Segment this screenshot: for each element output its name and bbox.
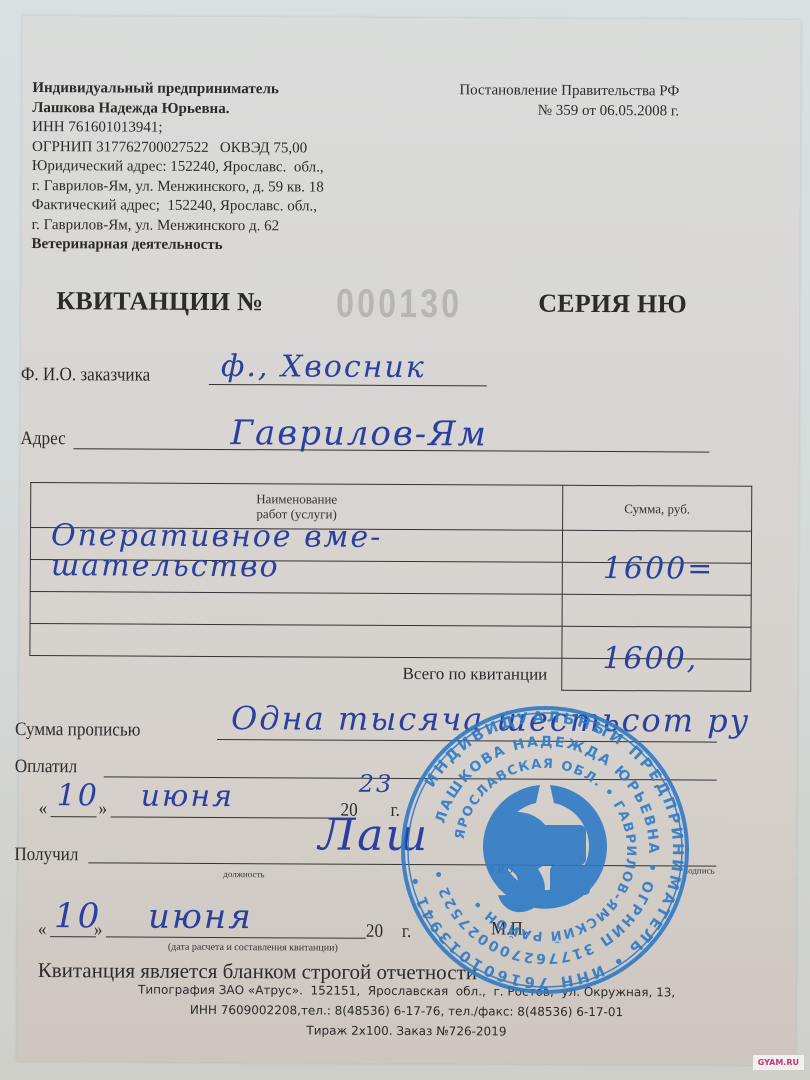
issuer-name: Лашкова Надежда Юрьевна. — [32, 99, 324, 120]
issue-date-caption: (дата расчета и составления квитанции) — [168, 942, 338, 954]
customer-address-label: Адрес — [20, 428, 65, 450]
sum-cell[interactable]: 1600= — [562, 562, 751, 595]
printer-line-2: ИНН 7609002208,тел.: 8(48536) 6-17-76, т… — [18, 1002, 796, 1020]
service-cell[interactable] — [30, 624, 562, 659]
total-cell[interactable]: 1600, — [562, 658, 751, 691]
issue-month[interactable]: июня — [148, 897, 253, 938]
customer-name-value[interactable]: ф., Хвосник — [221, 349, 426, 385]
receipt-series: СЕРИЯ НЮ — [538, 289, 687, 320]
issuer-actual-address-2: г. Гаврилов-Ям, ул. Менжинского д. 62 — [32, 216, 324, 237]
service-text: шательство — [51, 548, 280, 584]
printer-line-3: Тираж 2х100. Заказ №726-2019 — [17, 1022, 795, 1040]
issuer-legal-address-2: г. Гаврилов-Ям, ул. Менжинского, д. 59 к… — [32, 177, 324, 198]
issuer-block: Индивидуальный предприниматель Лашкова Н… — [31, 79, 324, 256]
paid-date-close-quote: » — [99, 798, 108, 820]
service-cell[interactable] — [30, 592, 562, 627]
received-label: Получил — [14, 844, 78, 866]
table-total-row: Всего по квитанции 1600, — [30, 656, 751, 692]
regulation-line-1: Постановление Правительства РФ — [459, 81, 679, 102]
issuer-ogrnip: ОГРНИП 317762700027522 ОКВЭД 75,00 — [32, 138, 324, 159]
amount-words-label: Сумма прописью — [15, 719, 141, 742]
paid-date-open-quote: « — [39, 798, 48, 820]
issuer-type: Индивидуальный предприниматель — [32, 79, 324, 100]
issuer-inn: ИНН 761601013941; — [32, 118, 324, 139]
total-value: 1600, — [602, 641, 698, 677]
paid-label: Оплатил — [15, 756, 77, 778]
customer-address-value[interactable]: Гаврилов-Ям — [230, 413, 487, 454]
total-label: Всего по квитанции — [30, 656, 562, 691]
customer-name-label: Ф. И.О. заказчика — [21, 364, 150, 387]
table-row: шательство 1600= — [30, 560, 751, 596]
service-cell[interactable]: шательство — [30, 560, 562, 595]
paid-month-line — [111, 816, 341, 818]
table-row — [30, 592, 751, 628]
regulation-block: Постановление Правительства РФ № 359 от … — [459, 81, 679, 121]
issue-date-open-quote: « — [38, 919, 47, 941]
issue-year-prefix: 20 — [366, 921, 383, 943]
issuer-activity: Ветеринарная деятельность — [31, 235, 323, 256]
services-table: Наименование работ (услуги) Сумма, руб. … — [29, 482, 752, 692]
receipt-number: 000130 — [336, 282, 462, 328]
paid-day[interactable]: 10 — [57, 778, 99, 813]
sum-text: 1600= — [603, 551, 715, 587]
issue-day[interactable]: 10 — [54, 896, 101, 936]
receipt-title: КВИТАНЦИИ № — [56, 286, 263, 317]
regulation-line-2: № 359 от 06.05.2008 г. — [459, 101, 679, 122]
paid-month[interactable]: июня — [141, 779, 235, 814]
round-stamp: ИНДИВИДУАЛЬНЫЙ ПРЕДПРИНИМАТЕЛЬ • ИНН 761… — [400, 705, 690, 995]
caption-position: должность — [223, 869, 264, 879]
stamp-logo-icon — [483, 785, 607, 912]
sum-cell[interactable] — [562, 594, 751, 627]
issuer-legal-address-1: Юридический адрес: 152240, Ярославс. обл… — [32, 157, 324, 178]
paid-day-line — [51, 816, 97, 817]
paid-year-suffix[interactable]: 23 — [359, 770, 394, 798]
issuer-actual-address-1: Фактический адрес; 152240, Ярославс. обл… — [32, 196, 324, 217]
header-sum: Сумма, руб. — [563, 485, 752, 531]
watermark: GYAM.RU — [753, 1055, 804, 1070]
